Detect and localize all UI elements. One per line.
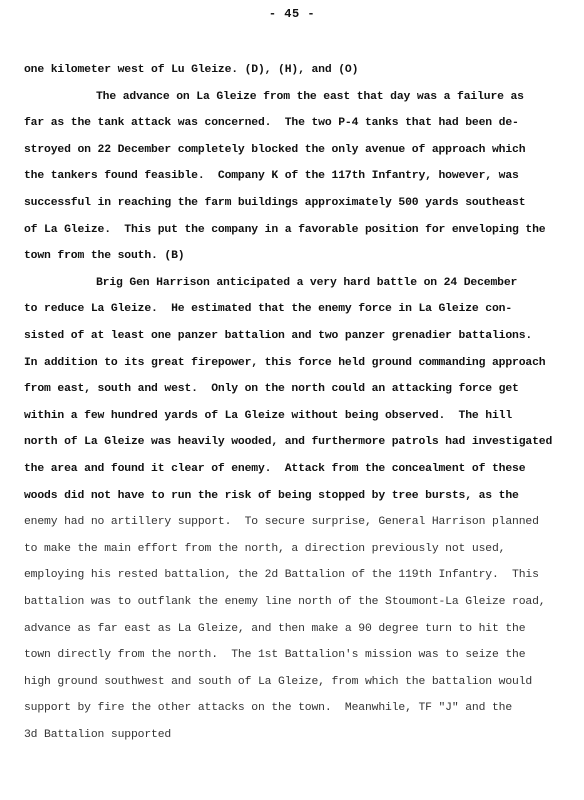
text-line: to reduce La Gleize. He estimated that t…	[24, 301, 512, 317]
text-line: advance as far east as La Gleize, and th…	[24, 621, 525, 637]
text-line: from east, south and west. Only on the n…	[24, 381, 519, 397]
text-line: The advance on La Gleize from the east t…	[96, 89, 524, 105]
text-line: north of La Gleize was heavily wooded, a…	[24, 434, 552, 450]
text-line: In addition to its great firepower, this…	[24, 355, 545, 371]
text-line: town directly from the north. The 1st Ba…	[24, 647, 525, 663]
text-line: woods did not have to run the risk of be…	[24, 488, 519, 504]
text-line: the tankers found feasible. Company K of…	[24, 168, 519, 184]
text-line: enemy had no artillery support. To secur…	[24, 514, 539, 530]
text-line: battalion was to outflank the enemy line…	[24, 594, 545, 610]
text-line: Brig Gen Harrison anticipated a very har…	[96, 275, 517, 291]
text-line: 3d Battalion supported	[24, 727, 171, 743]
text-line: stroyed on 22 December completely blocke…	[24, 142, 525, 158]
text-line: sisted of at least one panzer battalion …	[24, 328, 532, 344]
page-number: - 45 -	[0, 7, 584, 21]
text-line: employing his rested battalion, the 2d B…	[24, 567, 539, 583]
text-line: town from the south. (B)	[24, 248, 184, 264]
text-line: support by fire the other attacks on the…	[24, 700, 512, 716]
text-line: far as the tank attack was concerned. Th…	[24, 115, 519, 131]
text-line: the area and found it clear of enemy. At…	[24, 461, 525, 477]
text-line: high ground southwest and south of La Gl…	[24, 674, 532, 690]
text-line: successful in reaching the farm building…	[24, 195, 525, 211]
text-line: to make the main effort from the north, …	[24, 541, 505, 557]
text-line: within a few hundred yards of La Gleize …	[24, 408, 512, 424]
text-line: of La Gleize. This put the company in a …	[24, 222, 545, 238]
text-line: one kilometer west of Lu Gleize. (D), (H…	[24, 62, 358, 78]
